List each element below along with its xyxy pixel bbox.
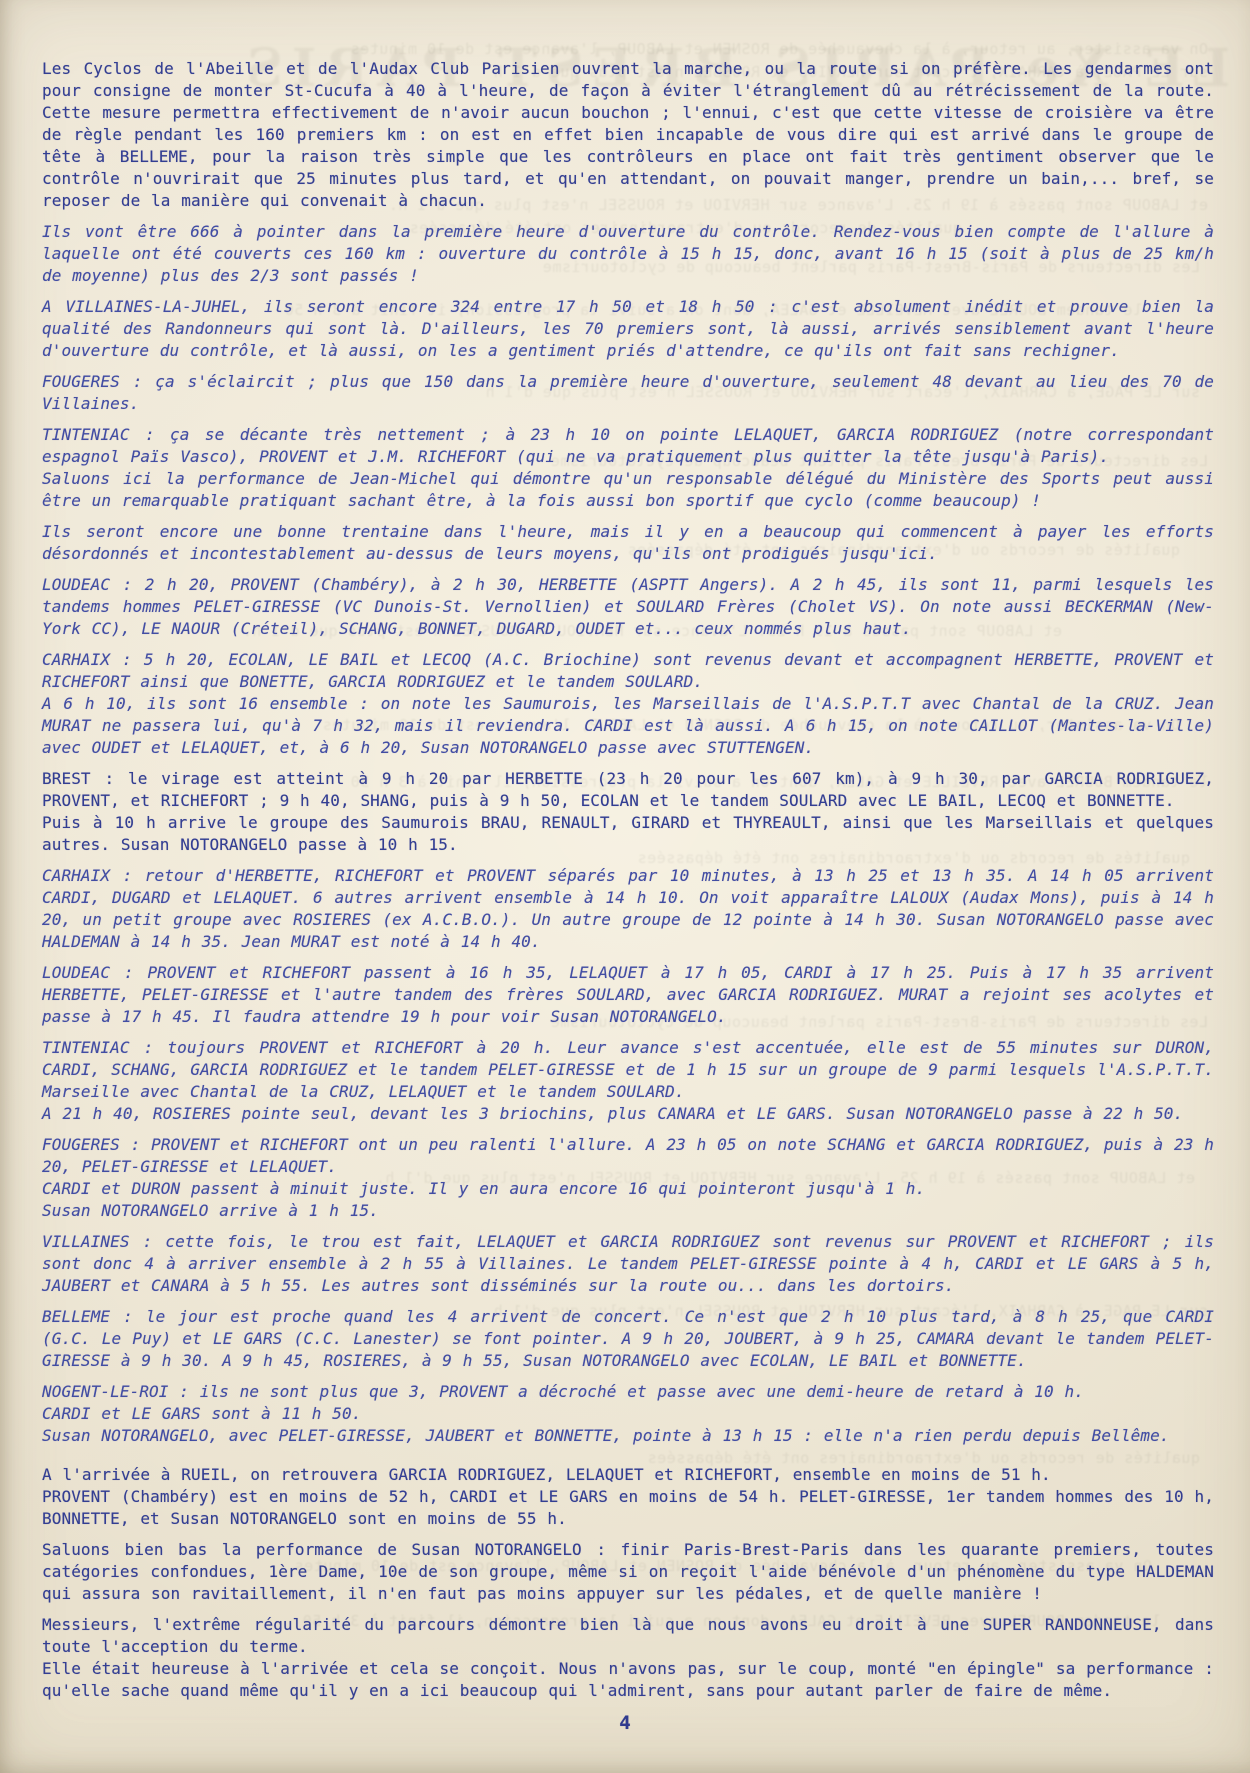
paragraph-loudeac-aller: LOUDEAC : 2 h 20, PROVENT (Chambéry), à … xyxy=(42,574,1214,640)
paragraph-rueil-arrivee: A l'arrivée à RUEIL, on retrouvera GARCI… xyxy=(42,1464,1214,1530)
paragraph-tinteniac-retour: TINTENIAC : toujours PROVENT et RICHEFOR… xyxy=(42,1037,1214,1125)
paragraph-loudeac-retour: LOUDEAC : PROVENT et RICHEFORT passent à… xyxy=(42,962,1214,1028)
paragraph-tinteniac-aller: TINTENIAC : ça se décante très nettement… xyxy=(42,424,1214,512)
paragraph-villaines-aller: A VILLAINES-LA-JUHEL, ils seront encore … xyxy=(42,296,1214,362)
paragraph-villaines-retour: VILLAINES : cette fois, le trou est fait… xyxy=(42,1231,1214,1297)
paragraph-hommage-notorangelo: Saluons bien bas la performance de Susan… xyxy=(42,1539,1214,1605)
paragraph-brest: BREST : le virage est atteint à 9 h 20 p… xyxy=(42,768,1214,856)
paragraph-trentaine: Ils seront encore une bonne trentaine da… xyxy=(42,521,1214,565)
page-text: Les Cyclos de l'Abeille et de l'Audax Cl… xyxy=(42,58,1214,1711)
paragraph-ouverture: Les Cyclos de l'Abeille et de l'Audax Cl… xyxy=(42,58,1214,212)
paragraph-carhaix-retour: CARHAIX : retour d'HERBETTE, RICHEFORT e… xyxy=(42,865,1214,953)
bleedthrough-line: On va assister, au retour, à la chevauch… xyxy=(42,40,1208,58)
paragraph-controle-666: Ils vont être 666 à pointer dans la prem… xyxy=(42,221,1214,287)
scanned-page: LE Xe PARIS BREST PARIS On va assister, … xyxy=(0,0,1250,1773)
paragraph-nogent-le-roi: NOGENT-LE-ROI : ils ne sont plus que 3, … xyxy=(42,1381,1214,1447)
paragraph-conclusion: Messieurs, l'extrême régularité du parco… xyxy=(42,1614,1214,1702)
paragraph-fougeres-aller: FOUGERES : ça s'éclaircit ; plus que 150… xyxy=(42,371,1214,415)
paragraph-fougeres-retour: FOUGERES : PROVENT et RICHEFORT ont un p… xyxy=(42,1134,1214,1222)
paragraph-belleme: BELLEME : le jour est proche quand les 4… xyxy=(42,1306,1214,1372)
page-number: 4 xyxy=(0,1712,1250,1734)
paragraph-carhaix-aller: CARHAIX : 5 h 20, ECOLAN, LE BAIL et LEC… xyxy=(42,649,1214,759)
